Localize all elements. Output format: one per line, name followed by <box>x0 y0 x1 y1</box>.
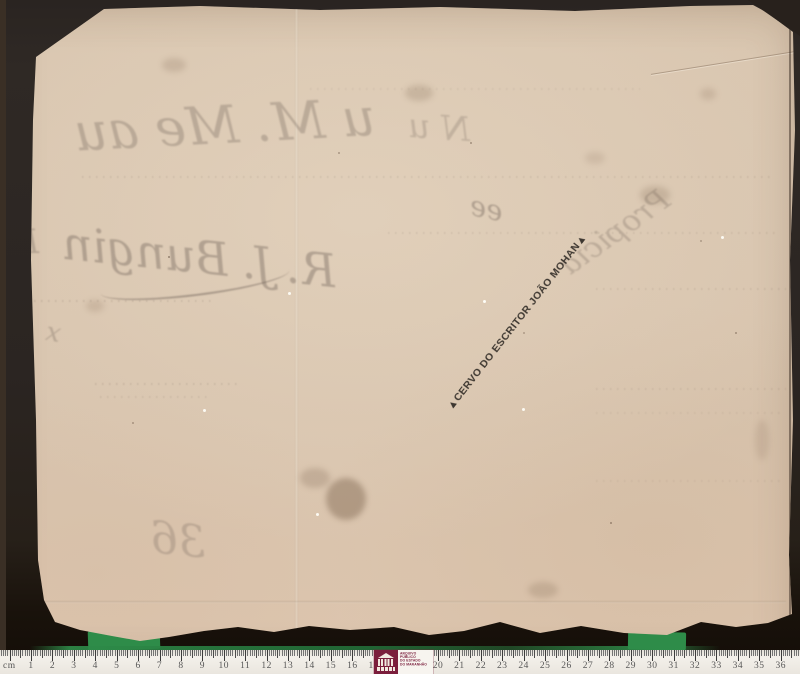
ruler-tick <box>477 650 478 656</box>
ruler-tick <box>755 650 756 656</box>
ruler-tick <box>620 650 621 658</box>
ruler-tick <box>483 650 484 656</box>
ruler-tick <box>734 650 735 656</box>
ruler-number: 25 <box>540 661 551 671</box>
ruler-tick <box>57 650 58 656</box>
ruler-tick <box>659 650 660 656</box>
ruler-tick <box>776 650 777 656</box>
ruler-tick <box>440 650 441 656</box>
ruler-tick <box>320 650 321 658</box>
ruler-tick <box>667 650 668 656</box>
ruler-tick <box>138 650 139 661</box>
ruler-tick <box>794 650 795 656</box>
ruler-tick <box>181 650 182 661</box>
ruler-tick <box>80 650 81 656</box>
ruler-tick <box>97 650 98 656</box>
ruler-tick <box>207 650 208 656</box>
ruler-number: 29 <box>626 661 637 671</box>
ruler-tick <box>250 650 251 656</box>
ruler-tick <box>200 650 201 656</box>
ruler-tick <box>65 650 66 656</box>
ruler-tick <box>100 650 101 656</box>
ruler-tick <box>307 650 308 656</box>
ruler-tick <box>119 650 120 656</box>
ruler-tick <box>449 650 450 658</box>
ruler-tick <box>434 650 435 656</box>
ruler-number: 28 <box>604 661 615 671</box>
ruler-tick <box>684 650 685 658</box>
ruler-tick <box>288 650 289 661</box>
ruler-tick <box>166 650 167 656</box>
building-pediment <box>378 653 394 658</box>
logo-text-line: DO MARANHÃO <box>400 663 433 667</box>
ruler-tick <box>618 650 619 656</box>
ruler-tick <box>665 650 666 656</box>
ruler-tick <box>198 650 199 656</box>
ruler-tick <box>132 650 133 656</box>
stain <box>162 58 186 72</box>
ruler-tick <box>492 650 493 658</box>
ruler-tick <box>444 650 445 656</box>
ruler-tick <box>704 650 705 656</box>
ruler-tick <box>331 650 332 661</box>
ruler-tick <box>485 650 486 656</box>
ruler-tick <box>701 650 702 656</box>
ruler-tick <box>530 650 531 656</box>
ruler-tick <box>217 650 218 656</box>
ruler-tick <box>162 650 163 656</box>
ruler-tick <box>183 650 184 656</box>
ruler-tick <box>768 650 769 656</box>
horizontal-fold-crease <box>36 601 786 603</box>
ruler-tick <box>515 650 516 656</box>
ruler-tick <box>1 650 2 656</box>
stain <box>326 478 366 520</box>
ruler-tick <box>309 650 310 661</box>
ruler-tick <box>226 650 227 656</box>
ruler-tick <box>275 650 276 656</box>
stain <box>700 88 716 100</box>
logo-textbox: ARQUIVOPÚBLICODO ESTADODO MARANHÃO <box>398 650 433 674</box>
ruler-tick <box>367 650 368 656</box>
ruler-tick <box>329 650 330 656</box>
ruler-tick <box>770 650 771 658</box>
ruler-tick <box>305 650 306 656</box>
ruler-tick <box>723 650 724 656</box>
ruler-tick <box>764 650 765 656</box>
ruler-tick <box>682 650 683 656</box>
ruler-number: 15 <box>326 661 337 671</box>
ruler-tick <box>582 650 583 656</box>
ruler-tick <box>115 650 116 656</box>
ruler-tick <box>686 650 687 656</box>
ruler-tick <box>312 650 313 656</box>
ruler-tick <box>361 650 362 656</box>
ruler-number: 21 <box>454 661 465 671</box>
ruler-tick <box>744 650 745 656</box>
ruler-tick <box>155 650 156 656</box>
ruler-tick <box>455 650 456 656</box>
ruler-tick <box>157 650 158 656</box>
ruler-tick <box>772 650 773 656</box>
ruler-tick <box>706 650 707 658</box>
ruler-tick <box>710 650 711 656</box>
ruler-tick <box>258 650 259 656</box>
ruler-tick <box>641 650 642 658</box>
ruler-tick <box>759 650 760 661</box>
ruler-tick <box>142 650 143 656</box>
stain <box>585 152 605 164</box>
ruler-tick <box>697 650 698 656</box>
ruler-tick <box>721 650 722 656</box>
ruler-tick <box>656 650 657 656</box>
ruler-tick <box>719 650 720 656</box>
ruler-tick <box>605 650 606 656</box>
ruler-tick <box>622 650 623 656</box>
ruler-number: 11 <box>240 661 250 671</box>
ruler-tick <box>7 650 8 656</box>
ruler-tick <box>678 650 679 656</box>
ruler-tick <box>594 650 595 656</box>
ruler-tick <box>588 650 589 661</box>
ruler-tick <box>243 650 244 656</box>
ruler-tick <box>235 650 236 658</box>
ruler-tick <box>52 650 53 661</box>
ruler-tick <box>121 650 122 656</box>
ruler-tick <box>87 650 88 656</box>
ruler: cm12345678910111213141516171819202122232… <box>0 650 800 674</box>
ruler-tick <box>262 650 263 656</box>
ruler-tick <box>757 650 758 656</box>
ruler-tick <box>151 650 152 656</box>
ruler-tick <box>654 650 655 656</box>
ruler-tick <box>232 650 233 656</box>
ruler-tick <box>603 650 604 656</box>
ruler-tick <box>322 650 323 656</box>
ruler-tick <box>637 650 638 656</box>
ruler-tick <box>464 650 465 656</box>
stain <box>405 85 433 101</box>
ruler-tick <box>104 650 105 656</box>
ruler-tick <box>10 650 11 661</box>
ruler-tick <box>237 650 238 656</box>
ruler-tick <box>3 650 4 656</box>
ruler-tick <box>498 650 499 656</box>
ruler-number: 24 <box>518 661 529 671</box>
ruler-tick <box>652 650 653 661</box>
ruler-tick <box>149 650 150 658</box>
ruler-tick <box>539 650 540 656</box>
ruler-tick <box>202 650 203 661</box>
bleed-script: N u <box>407 106 472 150</box>
ruler-tick <box>519 650 520 656</box>
ink-dot-row <box>100 396 210 398</box>
ruler-tick <box>316 650 317 656</box>
ruler-tick <box>352 650 353 661</box>
ruler-number: 20 <box>433 661 444 671</box>
ruler-tick <box>282 650 283 656</box>
ruler-tick <box>577 650 578 658</box>
ruler-number: 31 <box>668 661 679 671</box>
ruler-tick <box>783 650 784 656</box>
ruler-tick <box>639 650 640 656</box>
ruler-tick <box>269 650 270 656</box>
stain <box>300 468 330 488</box>
ruler-tick <box>168 650 169 656</box>
ruler-tick <box>532 650 533 656</box>
ruler-tick <box>547 650 548 656</box>
ruler-tick <box>479 650 480 656</box>
ruler-tick <box>245 650 246 661</box>
ruler-number: 13 <box>283 661 294 671</box>
ruler-tick <box>91 650 92 656</box>
ruler-tick <box>78 650 79 656</box>
building-columns <box>378 659 394 666</box>
ruler-tick <box>215 650 216 656</box>
ruler-tick <box>357 650 358 656</box>
ruler-tick <box>290 650 291 656</box>
ruler-tick <box>179 650 180 656</box>
ruler-tick <box>567 650 568 661</box>
ruler-tick <box>350 650 351 656</box>
stain <box>640 186 670 204</box>
ruler-tick <box>549 650 550 656</box>
ruler-tick <box>222 650 223 656</box>
ruler-tick <box>260 650 261 656</box>
ruler-tick <box>517 650 518 656</box>
ruler-tick <box>731 650 732 656</box>
ruler-tick <box>220 650 221 656</box>
ruler-tick <box>447 650 448 656</box>
archive-logo: ARQUIVOPÚBLICODO ESTADODO MARANHÃO <box>374 650 433 674</box>
corner-crease <box>651 50 800 75</box>
ruler-tick <box>740 650 741 656</box>
ruler-tick <box>344 650 345 656</box>
ruler-tick <box>601 650 602 656</box>
ruler-tick <box>509 650 510 656</box>
ruler-tick <box>614 650 615 656</box>
ruler-number: 2 <box>50 661 55 671</box>
ruler-tick <box>59 650 60 656</box>
ruler-tick <box>106 650 107 658</box>
ruler-tick <box>12 650 13 656</box>
ruler-tick <box>749 650 750 658</box>
ruler-tick <box>504 650 505 656</box>
ruler-tick <box>671 650 672 656</box>
ruler-tick <box>714 650 715 656</box>
ruler-tick <box>736 650 737 656</box>
ruler-tick <box>271 650 272 656</box>
ruler-tick <box>134 650 135 656</box>
ruler-tick <box>369 650 370 656</box>
document-page: u M. Me au N u ee R. J. Bungin Propicia … <box>0 0 800 674</box>
building-base <box>377 667 395 671</box>
ruler-tick <box>564 650 565 656</box>
ruler-tick <box>466 650 467 656</box>
ruler-tick <box>459 650 460 661</box>
ruler-tick <box>123 650 124 656</box>
ruler-tick <box>766 650 767 656</box>
ruler-tick <box>112 650 113 656</box>
ruler-tick <box>522 650 523 656</box>
ruler-tick <box>624 650 625 656</box>
ink-dot-row <box>596 412 781 414</box>
ruler-tick <box>541 650 542 656</box>
ruler-tick <box>695 650 696 661</box>
ruler-tick <box>37 650 38 656</box>
ruler-number: 6 <box>135 661 140 671</box>
ruler-tick <box>438 650 439 661</box>
ruler-tick <box>27 650 28 656</box>
ruler-tick <box>192 650 193 658</box>
ruler-tick <box>663 650 664 658</box>
ruler-tick <box>487 650 488 656</box>
ruler-number: 27 <box>583 661 594 671</box>
ruler-tick <box>140 650 141 656</box>
ruler-tick <box>265 650 266 656</box>
bleed-script: 36 <box>147 512 208 569</box>
ruler-tick <box>457 650 458 656</box>
ruler-tick <box>727 650 728 658</box>
ruler-tick <box>284 650 285 656</box>
ruler-tick <box>590 650 591 656</box>
ruler-tick <box>95 650 96 661</box>
ruler-tick <box>342 650 343 658</box>
ruler-tick <box>252 650 253 656</box>
ruler-tick <box>209 650 210 656</box>
ruler-tick <box>44 650 45 656</box>
ruler-tick <box>584 650 585 656</box>
bleed-script: ee <box>467 189 506 228</box>
ruler-tick <box>160 650 161 661</box>
ruler-tick <box>761 650 762 656</box>
ruler-tick <box>507 650 508 656</box>
ruler-tick <box>72 650 73 656</box>
ruler-tick <box>646 650 647 656</box>
ruler-tick <box>556 650 557 658</box>
ruler-tick <box>102 650 103 656</box>
ruler-tick <box>127 650 128 658</box>
ruler-tick <box>528 650 529 656</box>
ruler-number: 32 <box>690 661 701 671</box>
ruler-tick <box>93 650 94 656</box>
ruler-tick <box>500 650 501 656</box>
ruler-tick <box>48 650 49 656</box>
logo-text: ARQUIVOPÚBLICODO ESTADODO MARANHÃO <box>400 652 433 666</box>
ruler-number: 22 <box>476 661 487 671</box>
ruler-tick <box>196 650 197 656</box>
ruler-tick <box>348 650 349 656</box>
ruler-tick <box>354 650 355 656</box>
ruler-tick <box>785 650 786 656</box>
ruler-tick <box>254 650 255 656</box>
ruler-tick <box>511 650 512 656</box>
ruler-tick <box>627 650 628 656</box>
ruler-tick <box>108 650 109 656</box>
ruler-tick <box>153 650 154 656</box>
ruler-tick <box>172 650 173 656</box>
stain <box>86 300 104 312</box>
ink-dot-row <box>596 480 781 482</box>
ruler-tick <box>170 650 171 658</box>
ruler-tick <box>742 650 743 656</box>
ruler-tick <box>669 650 670 656</box>
ruler-tick <box>297 650 298 656</box>
ruler-tick <box>177 650 178 656</box>
ruler-tick <box>63 650 64 658</box>
ruler-number: 33 <box>711 661 722 671</box>
ruler-tick <box>299 650 300 658</box>
ruler-tick <box>599 650 600 658</box>
ruler-tick <box>46 650 47 656</box>
ruler-number: 8 <box>178 661 183 671</box>
ruler-tick <box>436 650 437 656</box>
ruler-tick <box>239 650 240 656</box>
ruler-tick <box>558 650 559 656</box>
ink-dot-row <box>95 383 240 385</box>
ruler-tick <box>573 650 574 656</box>
ink-dot-row <box>34 300 214 302</box>
ruler-tick <box>635 650 636 656</box>
ruler-tick <box>791 650 792 658</box>
ruler-number: 4 <box>93 661 98 671</box>
ruler-tick <box>277 650 278 658</box>
ruler-tick <box>327 650 328 656</box>
bleed-script: x <box>44 317 64 349</box>
ruler-number: 5 <box>114 661 119 671</box>
bleed-script: u M. Me au <box>73 88 377 164</box>
ruler-tick <box>789 650 790 656</box>
ruler-number: 34 <box>733 661 744 671</box>
ruler-tick <box>187 650 188 656</box>
ruler-tick <box>76 650 77 656</box>
archive-building-icon <box>374 650 398 674</box>
ink-dot-row <box>596 288 786 290</box>
ruler-number: 14 <box>304 661 315 671</box>
ruler-tick <box>5 650 6 656</box>
ruler-tick <box>633 650 634 656</box>
ruler-tick <box>554 650 555 656</box>
ruler-tick <box>18 650 19 656</box>
ruler-tick <box>545 650 546 661</box>
ruler-tick <box>631 650 632 661</box>
ruler-tick <box>16 650 17 656</box>
stain <box>528 582 558 598</box>
ruler-tick <box>470 650 471 658</box>
ruler-tick <box>569 650 570 656</box>
ruler-tick <box>496 650 497 656</box>
stain <box>755 420 769 460</box>
ruler-tick <box>25 650 26 656</box>
ruler-tick <box>50 650 51 656</box>
ruler-tick <box>753 650 754 656</box>
ruler-tick <box>363 650 364 658</box>
ruler-tick <box>29 650 30 656</box>
ruler-tick <box>185 650 186 656</box>
ruler-tick <box>648 650 649 656</box>
ruler-tick <box>472 650 473 656</box>
ruler-tick <box>35 650 36 656</box>
ruler-tick <box>82 650 83 656</box>
ruler-tick <box>286 650 287 656</box>
ruler-tick <box>699 650 700 656</box>
ruler-tick <box>676 650 677 656</box>
ruler-tick <box>136 650 137 656</box>
ruler-tick <box>230 650 231 656</box>
ruler-tick <box>20 650 21 658</box>
ruler-tick <box>33 650 34 656</box>
ruler-tick <box>644 650 645 656</box>
